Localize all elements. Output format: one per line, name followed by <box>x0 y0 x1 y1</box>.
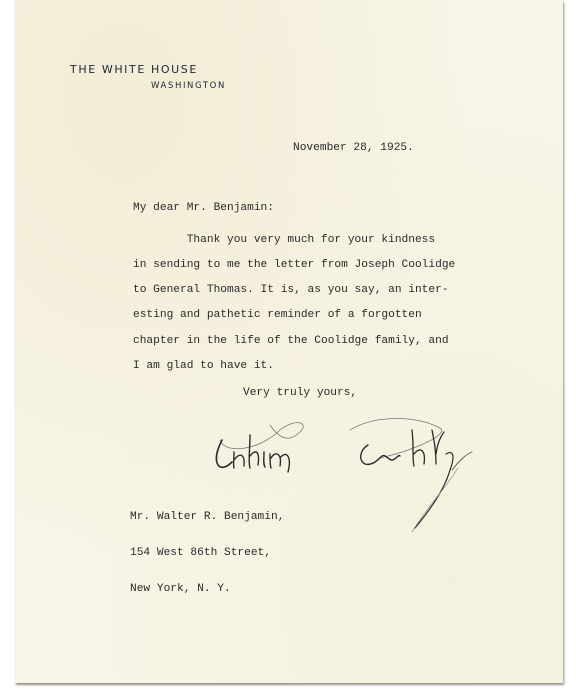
letterhead-title: THE WHITE HOUSE <box>70 63 198 76</box>
address-line-name: Mr. Walter R. Benjamin, <box>130 511 284 523</box>
body-line: I am glad to have it. <box>133 358 274 375</box>
recipient-address: Mr. Walter R. Benjamin, 154 West 86th St… <box>130 487 284 607</box>
body-line: esting and pathetic reminder of a forgot… <box>133 307 422 324</box>
body-line: to General Thomas. It is, as you say, an… <box>133 282 449 299</box>
body-line: chapter in the life of the Coolidge fami… <box>133 333 449 350</box>
salutation: My dear Mr. Benjamin: <box>133 200 274 217</box>
closing: Very truly yours, <box>243 385 357 402</box>
letter-date: November 28, 1925. <box>293 140 414 157</box>
address-line-street: 154 West 86th Street, <box>130 547 284 559</box>
letterhead-subtitle: WASHINGTON <box>151 81 226 91</box>
body-line: in sending to me the letter from Joseph … <box>133 257 455 274</box>
address-line-city: New York, N. Y. <box>130 583 284 595</box>
body-line: Thank you very much for your kindness <box>133 232 435 249</box>
